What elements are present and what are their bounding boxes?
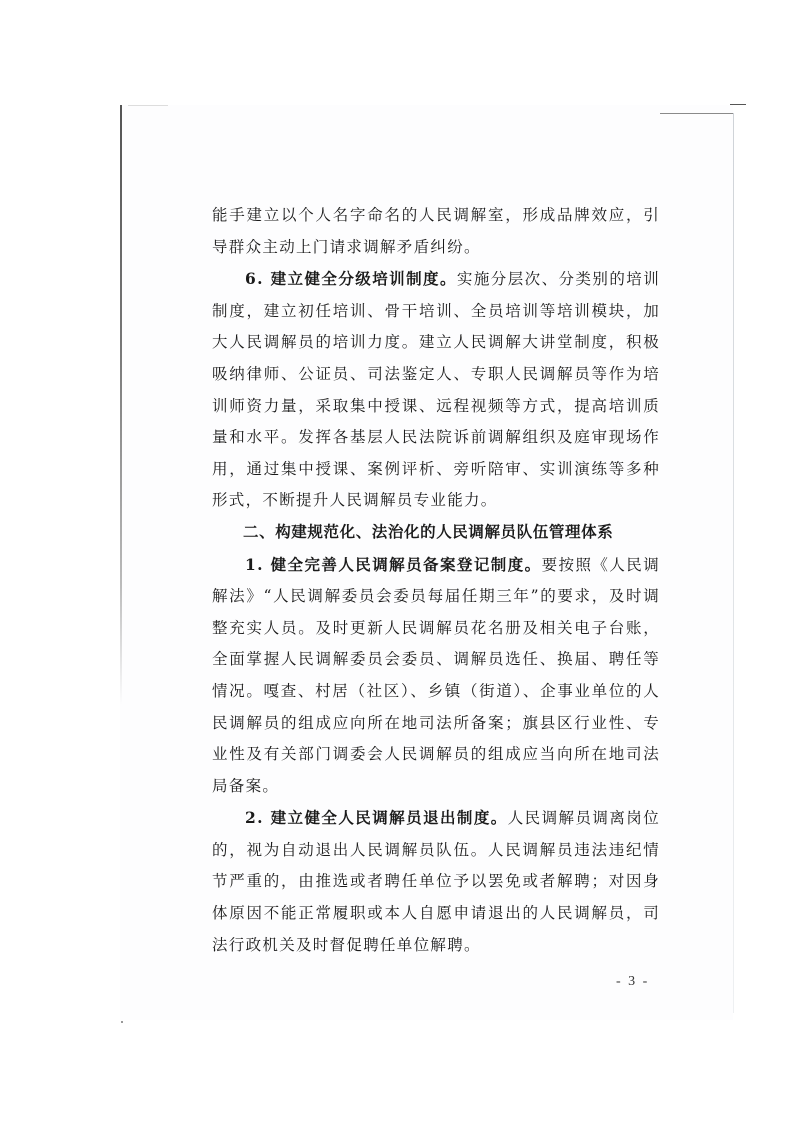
page-edge-left <box>120 105 122 705</box>
paragraph-text: 人民调解员调离岗位的，视为自动退出人民调解员队伍。人民调解员违法违纪情节严重的，… <box>212 809 660 953</box>
scan-speck <box>121 1021 123 1023</box>
item-lead: 2. 建立健全人民调解员退出制度。 <box>245 808 508 827</box>
page-edge-top-right <box>660 113 733 114</box>
paragraph-continuation: 能手建立以个人名字命名的人民调解室，形成品牌效应，引导群众主动上门请求调解矛盾纠… <box>212 200 660 263</box>
section-heading: 二、构建规范化、法治化的人民调解员队伍管理体系 <box>212 517 660 549</box>
item-lead: 1. 健全完善人民调解员备案登记制度。 <box>245 555 542 574</box>
paragraph-item-2-exit: 2. 建立健全人民调解员退出制度。人民调解员调离岗位的，视为自动退出人民调解员队… <box>212 802 660 961</box>
paragraph-text: 能手建立以个人名字命名的人民调解室，形成品牌效应，引导群众主动上门请求调解矛盾纠… <box>212 206 660 256</box>
page-edge-right <box>733 113 734 1013</box>
document-body: 能手建立以个人名字命名的人民调解室，形成品牌效应，引导群众主动上门请求调解矛盾纠… <box>212 200 660 961</box>
paragraph-item-1-registration: 1. 健全完善人民调解员备案登记制度。要按照《人民调解法》“人民调解委员会委员每… <box>212 549 660 803</box>
page-edge-top <box>128 105 168 106</box>
scan-corner-mark <box>730 104 746 105</box>
paragraph-text: 要按照《人民调解法》“人民调解委员会委员每届任期三年”的要求，及时调整充实人员。… <box>212 556 660 795</box>
paragraph-item-6-training: 6. 建立健全分级培训制度。实施分层次、分类别的培训制度，建立初任培训、骨干培训… <box>212 263 660 517</box>
page-number: - 3 - <box>616 974 649 990</box>
paragraph-text: 实施分层次、分类别的培训制度，建立初任培训、骨干培训、全员培训等培训模块，加大人… <box>212 270 660 509</box>
item-lead: 6. 建立健全分级培训制度。 <box>245 269 457 288</box>
